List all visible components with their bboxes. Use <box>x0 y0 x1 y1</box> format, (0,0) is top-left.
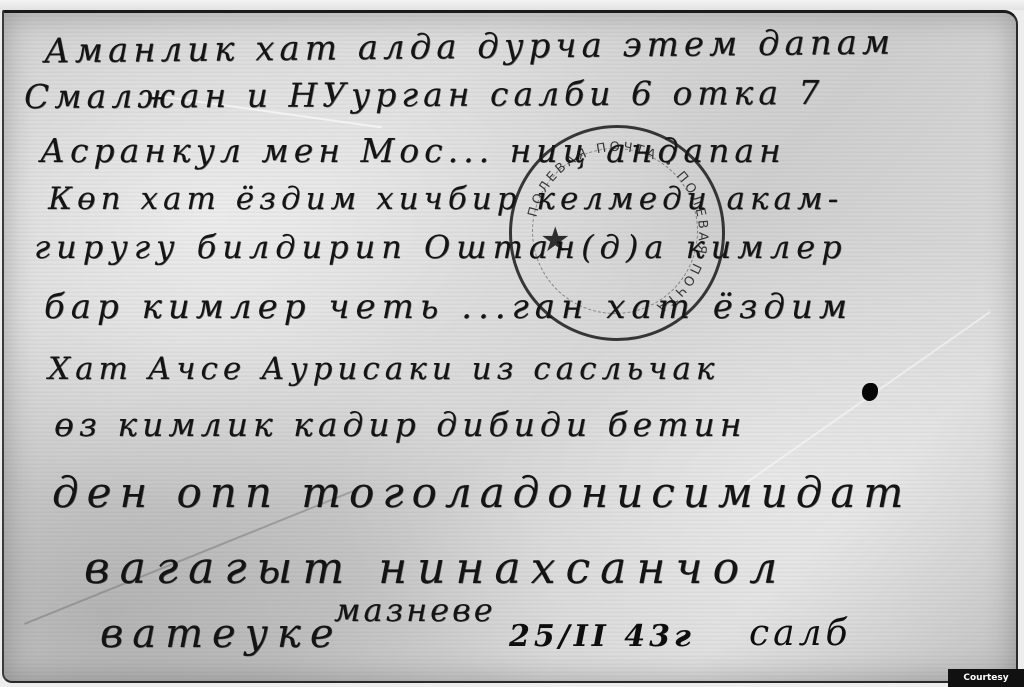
photo-credit-badge: Courtesy Photo <box>948 669 1024 687</box>
handwritten-line-7: Хат Ачсе Аурисаки из сасльчак <box>48 351 719 387</box>
ink-blot <box>862 383 878 401</box>
handwritten-line-5: гиругу билдирип Оштан(д)а кимлер <box>34 228 848 266</box>
scan-top-margin <box>0 0 1024 10</box>
postmark-stamp: ПОЛЕВАЯ ПОЧТА • ПОЛЕВАЯ ПОЧТА ★ <box>509 125 725 341</box>
star-icon: ★ <box>540 224 570 258</box>
handwritten-line-6: бар кимлер четь ...ган хат ёздим <box>44 287 853 327</box>
letter-date: 25/II 43г <box>509 619 695 654</box>
handwritten-line-12: ватеуке <box>100 611 343 657</box>
handwritten-line-10: вагагыт нинахсанчол <box>84 543 787 594</box>
handwritten-line-9: ден опп тоголадонисимидат <box>52 468 911 517</box>
letter-paper: Аманлик хат алда дурча этем дапам Смалжа… <box>2 10 1018 683</box>
handwritten-line-8: өз кимлик кадир дибиди бетин <box>54 405 746 444</box>
handwritten-line-4: Көп хат ёздим хичбир келмеди акам- <box>48 181 843 217</box>
handwritten-line-11: мазневе <box>334 591 496 629</box>
handwritten-line-1: Аманлик хат алда дурча этем дапам <box>44 23 896 72</box>
letter-signature: салб <box>749 613 852 654</box>
handwritten-line-2: Смалжан и НУурган салби 6 отка 7 <box>24 73 825 116</box>
scanned-letter: Аманлик хат алда дурча этем дапам Смалжа… <box>0 0 1024 687</box>
